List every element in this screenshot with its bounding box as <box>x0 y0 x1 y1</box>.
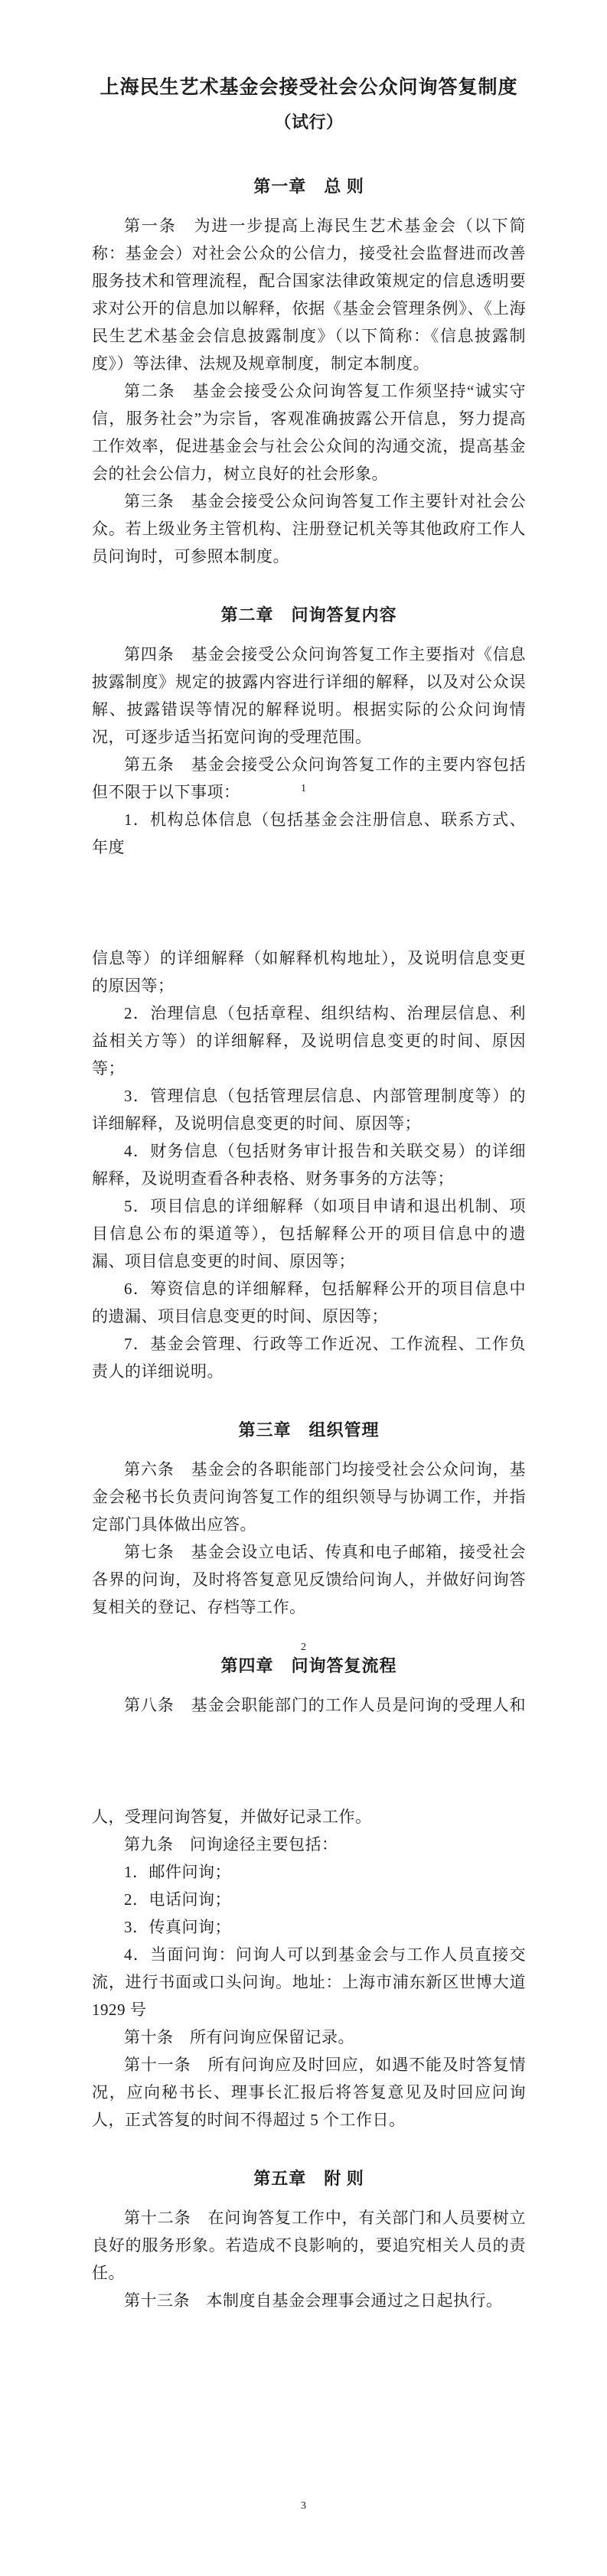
page-number: 3 <box>0 2499 607 2513</box>
paragraph: 7．基金会管理、行政等工作近况、工作流程、工作负责人的详细说明。 <box>92 1330 526 1385</box>
paragraph: 第六条 基金会的各职能部门均接受社会公众问询，基金会秘书长负责问询答复工作的组织… <box>92 1456 526 1538</box>
paragraph: 第十一条 所有问询应及时回应，如遇不能及时答复情况，应向秘书长、理事长汇报后将答… <box>92 2051 526 2134</box>
page-1: 上海民生艺术基金会接受社会公众问询答复制度（试行）第一章 总 则第一条 为进一步… <box>0 0 607 859</box>
paragraph: 4．当面问询：问询人可以到基金会与工作人员直接交流，进行书面或口头问询。地址：上… <box>92 1941 526 2023</box>
document-title: 上海民生艺术基金会接受社会公众问询答复制度 <box>92 73 526 103</box>
chapter-heading: 第一章 总 则 <box>92 175 526 198</box>
document-pages: 上海民生艺术基金会接受社会公众问询答复制度（试行）第一章 总 则第一条 为进一步… <box>0 0 607 2576</box>
paragraph: 第八条 基金会职能部门的工作人员是问询的受理人和回复 <box>92 1691 526 1717</box>
paragraph: 第七条 基金会设立电话、传真和电子邮箱，接受社会各界的问询，及时将答复意见反馈给… <box>92 1538 526 1621</box>
paragraph: 6．筹资信息的详细解释，包括解释公开的项目信息中的遗漏、项目信息变更的时间、原因… <box>92 1275 526 1330</box>
chapter-heading: 第五章 附 则 <box>92 2167 526 2190</box>
paragraph: 2．电话问询； <box>92 1886 526 1913</box>
page-number: 2 <box>0 1641 607 1655</box>
paragraph: 4．财务信息（包括财务审计报告和关联交易）的详细解释，及说明查看各种表格、财务事… <box>92 1137 526 1192</box>
paragraph: 第九条 问询途径主要包括： <box>92 1831 526 1858</box>
paragraph: 第二条 基金会接受公众问询答复工作须坚持“诚实守信，服务社会”为宗旨，客观准确披… <box>92 377 526 487</box>
paragraph-continuation: 信息等）的详细解释（如解释机构地址），及说明信息变更的原因等； <box>92 944 526 999</box>
document-subtitle: （试行） <box>92 109 526 135</box>
paragraph: 5．项目信息的详细解释（如项目申请和退出机制、项目信息公布的渠道等），包括解释公… <box>92 1192 526 1275</box>
paragraph: 2．治理信息（包括章程、组织结构、治理层信息、利益相关方等）的详细解释，及说明信… <box>92 999 526 1082</box>
chapter-heading: 第四章 问询答复流程 <box>92 1655 526 1678</box>
paragraph: 第十三条 本制度自基金会理事会通过之日起执行。 <box>92 2287 526 2314</box>
paragraph-continuation: 人，受理问询答复，并做好记录工作。 <box>92 1803 526 1831</box>
paragraph: 3．传真问询； <box>92 1913 526 1941</box>
paragraph: 第十条 所有问询应保留记录。 <box>92 2023 526 2051</box>
paragraph: 第一条 为进一步提高上海民生艺术基金会（以下简称：基金会）对社会公众的公信力，接… <box>92 212 526 377</box>
paragraph: 第十二条 在问询答复工作中，有关部门和人员要树立良好的服务形象。若造成不良影响的… <box>92 2204 526 2287</box>
paragraph: 第五条 基金会接受公众问询答复工作的主要内容包括但不限于以下事项： <box>92 751 526 806</box>
page-3: 人，受理问询答复，并做好记录工作。第九条 问询途径主要包括：1．邮件问询；2．电… <box>0 1717 607 2576</box>
paragraph: 第三条 基金会接受公众问询答复工作主要针对社会公众。若上级业务主管机构、注册登记… <box>92 487 526 570</box>
page-2: 信息等）的详细解释（如解释机构地址），及说明信息变更的原因等；2．治理信息（包括… <box>0 859 607 1717</box>
paragraph: 1．机构总体信息（包括基金会注册信息、联系方式、年度 <box>92 806 526 859</box>
chapter-heading: 第二章 问询答复内容 <box>92 604 526 627</box>
paragraph: 第四条 基金会接受公众问询答复工作主要指对《信息披露制度》规定的披露内容进行详细… <box>92 641 526 751</box>
paragraph: 1．邮件问询； <box>92 1858 526 1886</box>
chapter-heading: 第三章 组织管理 <box>92 1419 526 1442</box>
paragraph: 3．管理信息（包括管理层信息、内部管理制度等）的详细解释，及说明信息变更的时间、… <box>92 1082 526 1137</box>
page-number: 1 <box>0 782 607 796</box>
